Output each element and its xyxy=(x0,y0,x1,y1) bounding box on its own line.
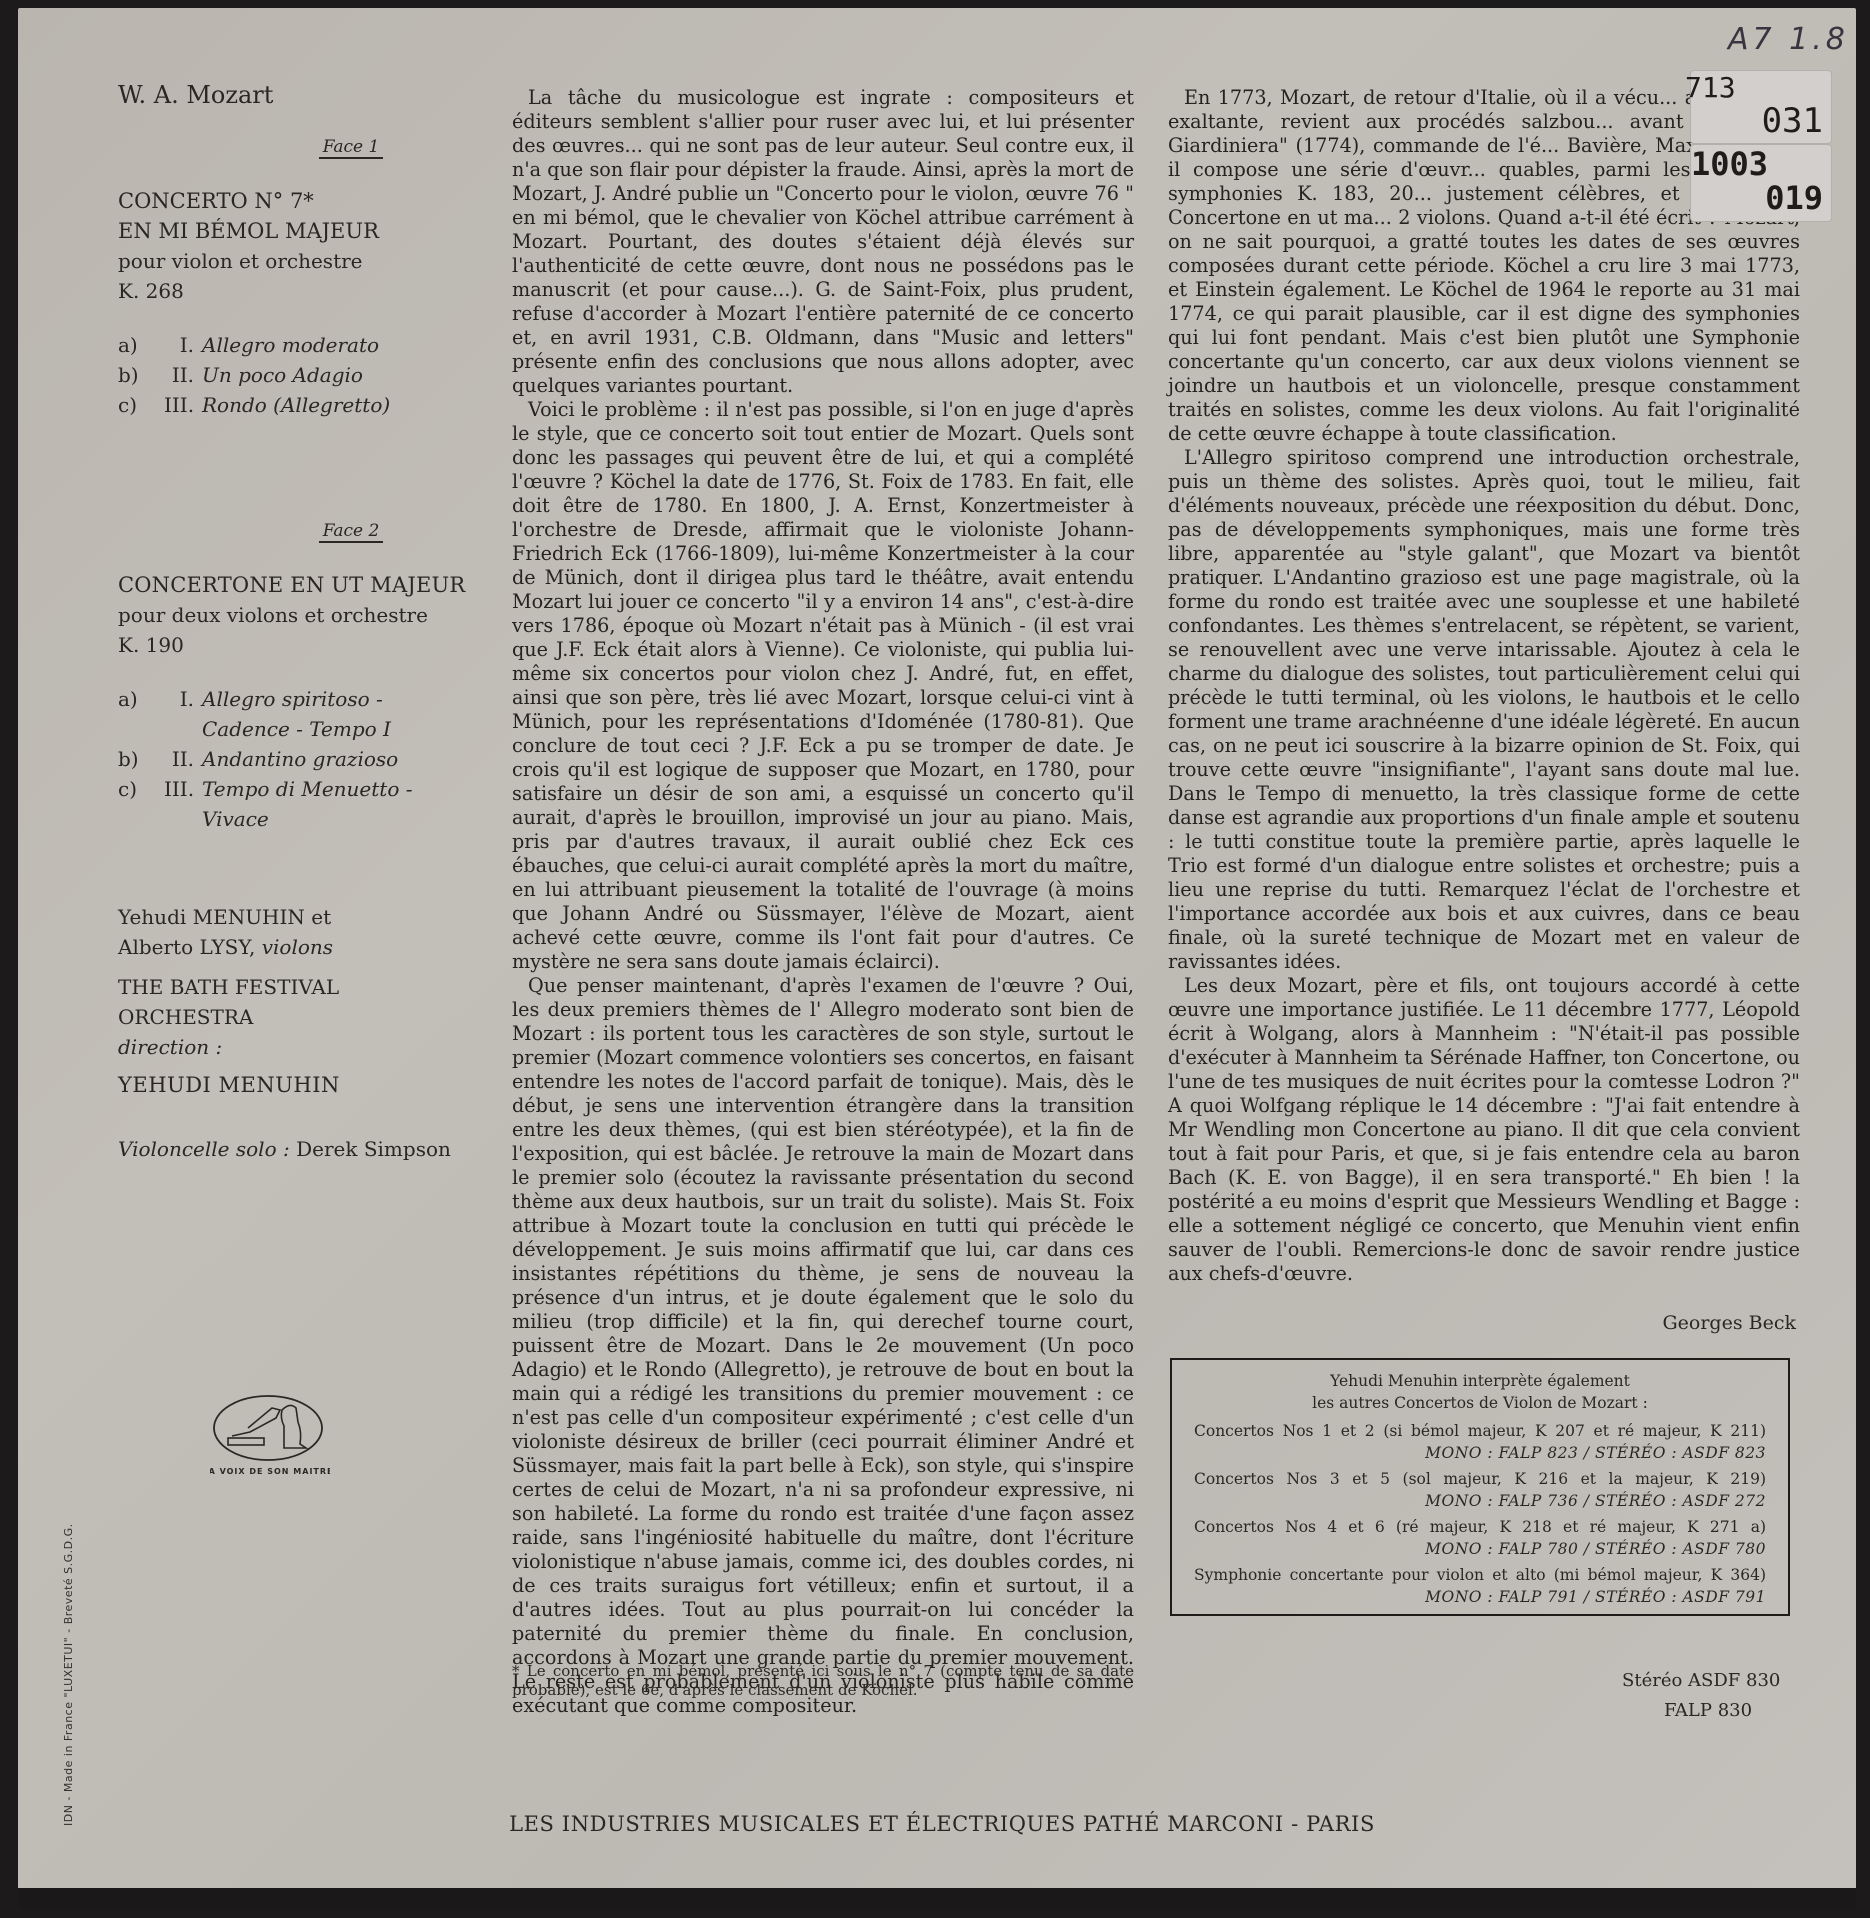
discography-heading: Yehudi Menuhin interprète également les … xyxy=(1194,1370,1766,1414)
movement-item: a)I.Allegro spiritoso - xyxy=(118,684,488,714)
work-2-kochel: K. 190 xyxy=(118,630,488,660)
movement-item: c)III.Rondo (Allegretto) xyxy=(118,390,488,420)
performers-credits: Yehudi MENUHIN et Alberto LYSY, violons … xyxy=(118,902,488,1164)
soloist-1: Yehudi MENUHIN et xyxy=(118,902,488,932)
his-masters-voice-logo-icon: LA VOIX DE SON MAITRE xyxy=(210,1392,330,1482)
face-2-movements: a)I.Allegro spiritoso - Cadence - Tempo … xyxy=(118,684,488,834)
author-signature: Georges Beck xyxy=(1168,1312,1796,1334)
work-1-kochel: K. 268 xyxy=(118,276,488,306)
footnote: * Le concerto en mi bémol, présenté ici … xyxy=(512,1662,1134,1700)
manufacturer-imprint: IDN - Made in France "LUXETUI" - Breveté… xyxy=(62,1523,75,1826)
soloist-2: Alberto LYSY, violons xyxy=(118,932,488,962)
tracklist-column: W. A. Mozart Face 1 CONCERTO N° 7* EN MI… xyxy=(118,80,488,1164)
face-1-label: Face 1 xyxy=(166,132,536,162)
face-2-label: Face 2 xyxy=(166,516,536,546)
face-2-block: Face 2 CONCERTONE EN UT MAJEUR pour deux… xyxy=(118,516,488,834)
face-1-movements: a)I.Allegro moderato b)II.Un poco Adagio… xyxy=(118,330,488,420)
liner-notes-column-2: En 1773, Mozart, de retour d'Italie, où … xyxy=(1168,86,1800,1286)
movement-continuation: Vivace xyxy=(118,804,488,834)
conductor-name: YEHUDI MENUHIN xyxy=(118,1070,488,1100)
work-1-title-line-1: CONCERTO N° 7* xyxy=(118,186,488,216)
discography-item: Concertos Nos 3 et 5 (sol majeur, K 216 … xyxy=(1194,1468,1766,1512)
publisher-line: LES INDUSTRIES MUSICALES ET ÉLECTRIQUES … xyxy=(502,1812,1382,1836)
stereo-catalog-number: Stéréo ASDF 830 xyxy=(1622,1666,1780,1696)
movement-item: b)II.Un poco Adagio xyxy=(118,360,488,390)
liner-paragraph: Les deux Mozart, père et fils, ont toujo… xyxy=(1168,974,1800,1286)
liner-paragraph: Que penser maintenant, d'après l'examen … xyxy=(512,974,1134,1718)
composer-name: W. A. Mozart xyxy=(118,80,488,110)
liner-paragraph: La tâche du musicologue est ingrate : co… xyxy=(512,86,1134,398)
liner-notes-column-1: La tâche du musicologue est ingrate : co… xyxy=(512,86,1134,1718)
discography-item: Concertos Nos 1 et 2 (si bémol majeur, K… xyxy=(1194,1420,1766,1464)
liner-paragraph: L'Allegro spiritoso comprend une introdu… xyxy=(1168,446,1800,974)
work-1-title-line-2: EN MI BÉMOL MAJEUR xyxy=(118,216,488,246)
orchestra-name-2: ORCHESTRA xyxy=(118,1002,488,1032)
record-sleeve-back: W. A. Mozart Face 1 CONCERTO N° 7* EN MI… xyxy=(18,8,1856,1908)
movement-item: c)III.Tempo di Menuetto - xyxy=(118,774,488,804)
handwritten-annotation: A7 1.8 xyxy=(1728,22,1849,57)
discography-item: Symphonie concertante pour violon et alt… xyxy=(1194,1564,1766,1608)
discography-box: Yehudi Menuhin interprète également les … xyxy=(1170,1358,1790,1616)
work-1-subtitle: pour violon et orchestre xyxy=(118,246,488,276)
sleeve-bottom-edge xyxy=(18,1888,1856,1908)
svg-text:LA VOIX DE SON MAITRE: LA VOIX DE SON MAITRE xyxy=(210,1467,330,1476)
work-2-subtitle: pour deux violons et orchestre xyxy=(118,600,488,630)
discography-item: Concertos Nos 4 et 6 (ré majeur, K 218 e… xyxy=(1194,1516,1766,1560)
mono-catalog-number: FALP 830 xyxy=(1622,1696,1780,1726)
catalog-numbers: Stéréo ASDF 830 FALP 830 xyxy=(1622,1666,1780,1726)
orchestra-name-1: THE BATH FESTIVAL xyxy=(118,972,488,1002)
inventory-sticker-1: 713 031 xyxy=(1690,70,1832,144)
cello-soloist: Violoncelle solo : Derek Simpson xyxy=(118,1134,488,1164)
movement-continuation: Cadence - Tempo I xyxy=(118,714,488,744)
movement-item: b)II.Andantino grazioso xyxy=(118,744,488,774)
direction-label: direction : xyxy=(118,1032,488,1062)
work-2-title: CONCERTONE EN UT MAJEUR xyxy=(118,570,488,600)
liner-paragraph: Voici le problème : il n'est pas possibl… xyxy=(512,398,1134,974)
inventory-sticker-2: 1003 019 xyxy=(1690,144,1832,222)
movement-item: a)I.Allegro moderato xyxy=(118,330,488,360)
